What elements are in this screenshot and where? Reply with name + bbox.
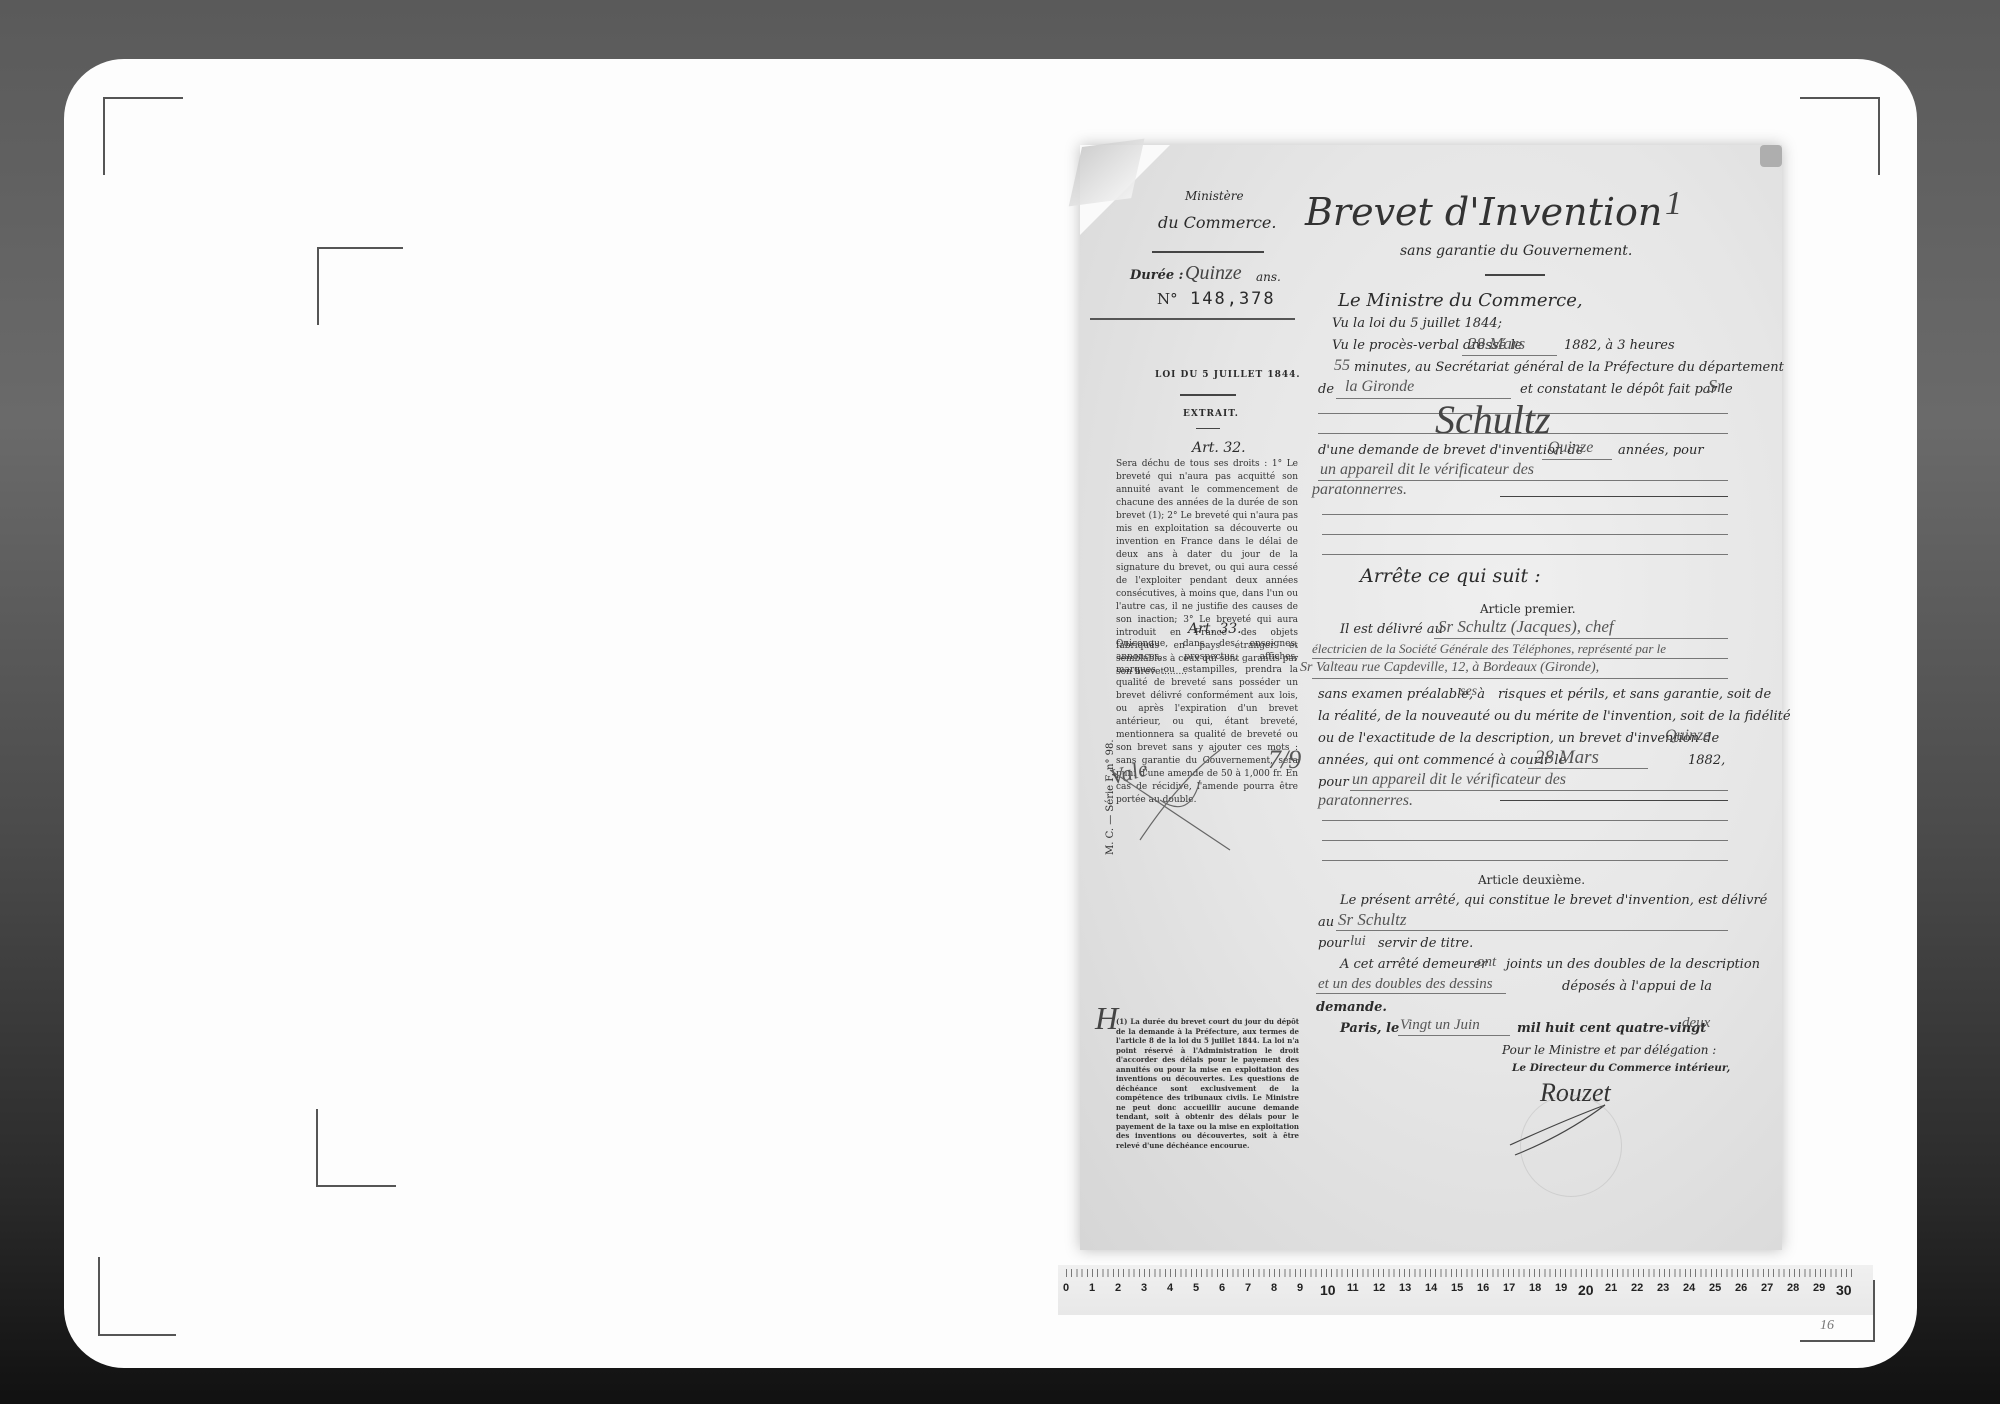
art2-line4-b: joints un des doubles de la description [1506, 957, 1760, 972]
ruler-label: 29 [1813, 1282, 1825, 1294]
number-label: N° [1157, 290, 1178, 308]
ruler-label: 27 [1761, 1282, 1773, 1294]
corner-mark-outer-top-left [103, 97, 183, 175]
handwritten-fraction: 7/9 [1268, 745, 1301, 775]
pv-minutes: 55 [1334, 357, 1350, 375]
ruler-label: 30 [1836, 1282, 1852, 1298]
footnote-mark: H [1095, 1000, 1118, 1037]
ruler-label: 25 [1709, 1282, 1721, 1294]
sign-line2: Le Directeur du Commerce intérieur, [1512, 1062, 1730, 1074]
ruler-label: 6 [1219, 1282, 1225, 1294]
request-years: Quinze [1548, 439, 1593, 457]
ruler-label: 12 [1373, 1282, 1385, 1294]
ornament-divider [1152, 251, 1264, 253]
ruler-label: 16 [1477, 1282, 1489, 1294]
law-divider [1180, 394, 1236, 396]
paris-year-hand: deux [1682, 1015, 1710, 1032]
ruler-label: 22 [1631, 1282, 1643, 1294]
ruler-label: 20 [1578, 1282, 1594, 1298]
corner-mark-inner-top-left [317, 247, 403, 325]
art1-blank-rule-2 [1322, 840, 1728, 841]
pv-date: 28 Mars [1468, 334, 1525, 354]
corner-mark-inner-bottom-left [316, 1109, 396, 1187]
paris-prefix: Paris, le [1340, 1021, 1399, 1036]
side-marginal: M. C. — Série F, n° 98. [1105, 739, 1116, 855]
ruler-label: 9 [1297, 1282, 1303, 1294]
ruler-label: 24 [1683, 1282, 1695, 1294]
line-secretariat: minutes, au Secrétariat général de la Pr… [1354, 360, 1784, 375]
art1-start-year: 1882, [1688, 753, 1725, 768]
line-request-suffix: années, pour [1618, 443, 1704, 458]
art1-line3: Sr Valteau rue Capdeville, 12, à Bordeau… [1300, 660, 1599, 676]
art33-heading: Art. 33. [1188, 621, 1242, 637]
title-ornament [1485, 274, 1545, 276]
art2-line5-rule [1316, 993, 1506, 994]
ruler-label: 28 [1787, 1282, 1799, 1294]
document-subtitle: sans garantie du Gouvernement. [1400, 243, 1632, 259]
blank-rule-3 [1322, 554, 1728, 555]
corner-mark-outer-bottom-left [98, 1257, 176, 1336]
ruler-label: 11 [1347, 1282, 1359, 1294]
header-rule [1090, 318, 1295, 320]
art1-line2-rule [1312, 658, 1728, 659]
ministry-line1: Ministère [1185, 189, 1244, 203]
art1-line6: ou de l'exactitude de la description, un… [1318, 731, 1719, 746]
art2-line3-b: servir de titre. [1378, 936, 1473, 951]
applicant-rule-bottom [1318, 433, 1728, 434]
arrete-heading: Arrête ce qui suit : [1360, 565, 1541, 587]
ruler-label: 8 [1271, 1282, 1277, 1294]
art2-line5-hand: et un des doubles des dessins [1318, 976, 1493, 993]
ruler-label: 15 [1451, 1282, 1463, 1294]
art1-prefix: Il est délivré au [1340, 622, 1443, 637]
line-deposit: et constatant le dépôt fait par le [1520, 382, 1733, 397]
paris-date: Vingt un Juin [1400, 1017, 1480, 1034]
ruler-ticks [1066, 1269, 1856, 1277]
art1-line4-his: ses [1460, 684, 1477, 700]
invention-line1: un appareil dit le vérificateur des [1320, 461, 1534, 479]
art1-start-date: 28 Mars [1535, 747, 1599, 769]
document-title: Brevet d'Invention [1305, 190, 1662, 234]
minister-heading: Le Ministre du Commerce, [1338, 290, 1583, 311]
art2-line3-hand: lui [1350, 933, 1366, 950]
ruler-label: 7 [1245, 1282, 1251, 1294]
torn-corner [1760, 145, 1782, 167]
page-number: 16 [1820, 1318, 1834, 1334]
ruler-label: 0 [1063, 1282, 1069, 1294]
measurement-ruler: 0 1 2 3 4 5 6 7 8 9 10 11 12 13 14 15 16… [1058, 1265, 1873, 1315]
duration-value: Quinze [1185, 262, 1242, 285]
embossed-seal [1520, 1095, 1622, 1197]
page-mark: 1 [1665, 185, 1682, 223]
art1-line2: électricien de la Société Générale des T… [1312, 641, 1666, 657]
invention-line2: paratonnerres. [1312, 481, 1407, 499]
art2-line6: demande. [1316, 1000, 1387, 1015]
art32-heading: Art. 32. [1192, 440, 1246, 456]
art2-line4-hand: ont [1477, 954, 1496, 971]
duration-unit: ans. [1256, 270, 1281, 284]
deposit-title: Sr [1708, 376, 1724, 397]
art1-blank-rule-3 [1322, 860, 1728, 861]
blank-rule-2 [1322, 534, 1728, 535]
paris-date-rule [1398, 1035, 1510, 1036]
art1-line8-prefix: pour [1318, 775, 1349, 790]
art1-invention-rule-2 [1500, 800, 1728, 801]
ruler-label: 10 [1320, 1282, 1336, 1298]
pv-date-rule [1462, 355, 1557, 356]
article2-heading: Article deuxième. [1478, 873, 1585, 887]
article1-heading: Article premier. [1480, 602, 1576, 616]
dept-prefix: de [1318, 382, 1334, 397]
ruler-label: 4 [1167, 1282, 1173, 1294]
line-request: d'une demande de brevet d'invention de [1318, 443, 1583, 458]
ruler-label: 23 [1657, 1282, 1669, 1294]
ruler-label: 1 [1089, 1282, 1095, 1294]
ruler-label: 3 [1141, 1282, 1147, 1294]
ruler-label: 2 [1115, 1282, 1121, 1294]
art2-recipient-rule [1336, 930, 1728, 931]
law-title: LOI DU 5 JUILLET 1844. [1155, 370, 1301, 380]
art1-recipient-rule [1434, 638, 1728, 639]
ministry-line2: du Commerce. [1158, 213, 1276, 232]
art2-line4-a: A cet arrêté demeurer [1340, 957, 1487, 972]
applicant-name: Schultz [1435, 396, 1551, 443]
art1-invention-2: paratonnerres. [1318, 792, 1413, 810]
art2-line1: Le présent arrêté, qui constitue le brev… [1340, 893, 1767, 908]
duration-label: Durée : [1130, 268, 1183, 283]
footnote-text: (1) La durée du brevet court du jour du … [1116, 1017, 1299, 1150]
art1-invention-1: un appareil dit le vérificateur des [1352, 771, 1566, 789]
ruler-label: 19 [1555, 1282, 1567, 1294]
art2-line3-a: pour [1318, 936, 1349, 951]
art1-line3-rule [1312, 678, 1728, 679]
art1-start-date-rule [1528, 768, 1648, 769]
art2-recipient: Sr Schultz [1338, 910, 1406, 930]
ruler-label: 5 [1193, 1282, 1199, 1294]
ruler-label: 26 [1735, 1282, 1747, 1294]
art1-invention-rule-1 [1350, 790, 1728, 791]
department: la Gironde [1345, 378, 1414, 396]
extract-rule [1196, 428, 1220, 429]
ruler-label: 17 [1503, 1282, 1515, 1294]
ruler-label: 18 [1529, 1282, 1541, 1294]
handwritten-strokes [1100, 740, 1240, 860]
paris-year: mil huit cent quatre-vingt [1517, 1021, 1706, 1036]
invention-rule-2 [1500, 496, 1728, 497]
ruler-label: 14 [1425, 1282, 1437, 1294]
art1-line7-a: années, qui ont commencé à courir le [1318, 753, 1566, 768]
ruler-label: 13 [1399, 1282, 1411, 1294]
extract-label: EXTRAIT. [1183, 409, 1239, 419]
art2-to-prefix: au [1318, 915, 1334, 930]
sign-line1: Pour le Ministre et par délégation : [1502, 1043, 1716, 1057]
art1-blank-rule-1 [1322, 820, 1728, 821]
art1-line5: la réalité, de la nouveauté ou du mérite… [1318, 709, 1791, 724]
corner-mark-outer-top-right [1800, 97, 1880, 175]
art1-line4-b: risques et périls, et sans garantie, soi… [1498, 687, 1771, 702]
line-law: Vu la loi du 5 juillet 1844; [1332, 316, 1502, 331]
art1-years: Quinze [1665, 727, 1710, 745]
request-years-rule [1542, 459, 1612, 460]
art1-recipient: Sr Schultz (Jacques), chef [1438, 617, 1614, 637]
patent-number: 148,378 [1190, 289, 1276, 309]
pv-year-time: 1882, à 3 heures [1564, 338, 1675, 353]
ruler-label: 21 [1605, 1282, 1617, 1294]
blank-rule-1 [1322, 514, 1728, 515]
art2-line5-b: déposés à l'appui de la [1562, 979, 1712, 994]
